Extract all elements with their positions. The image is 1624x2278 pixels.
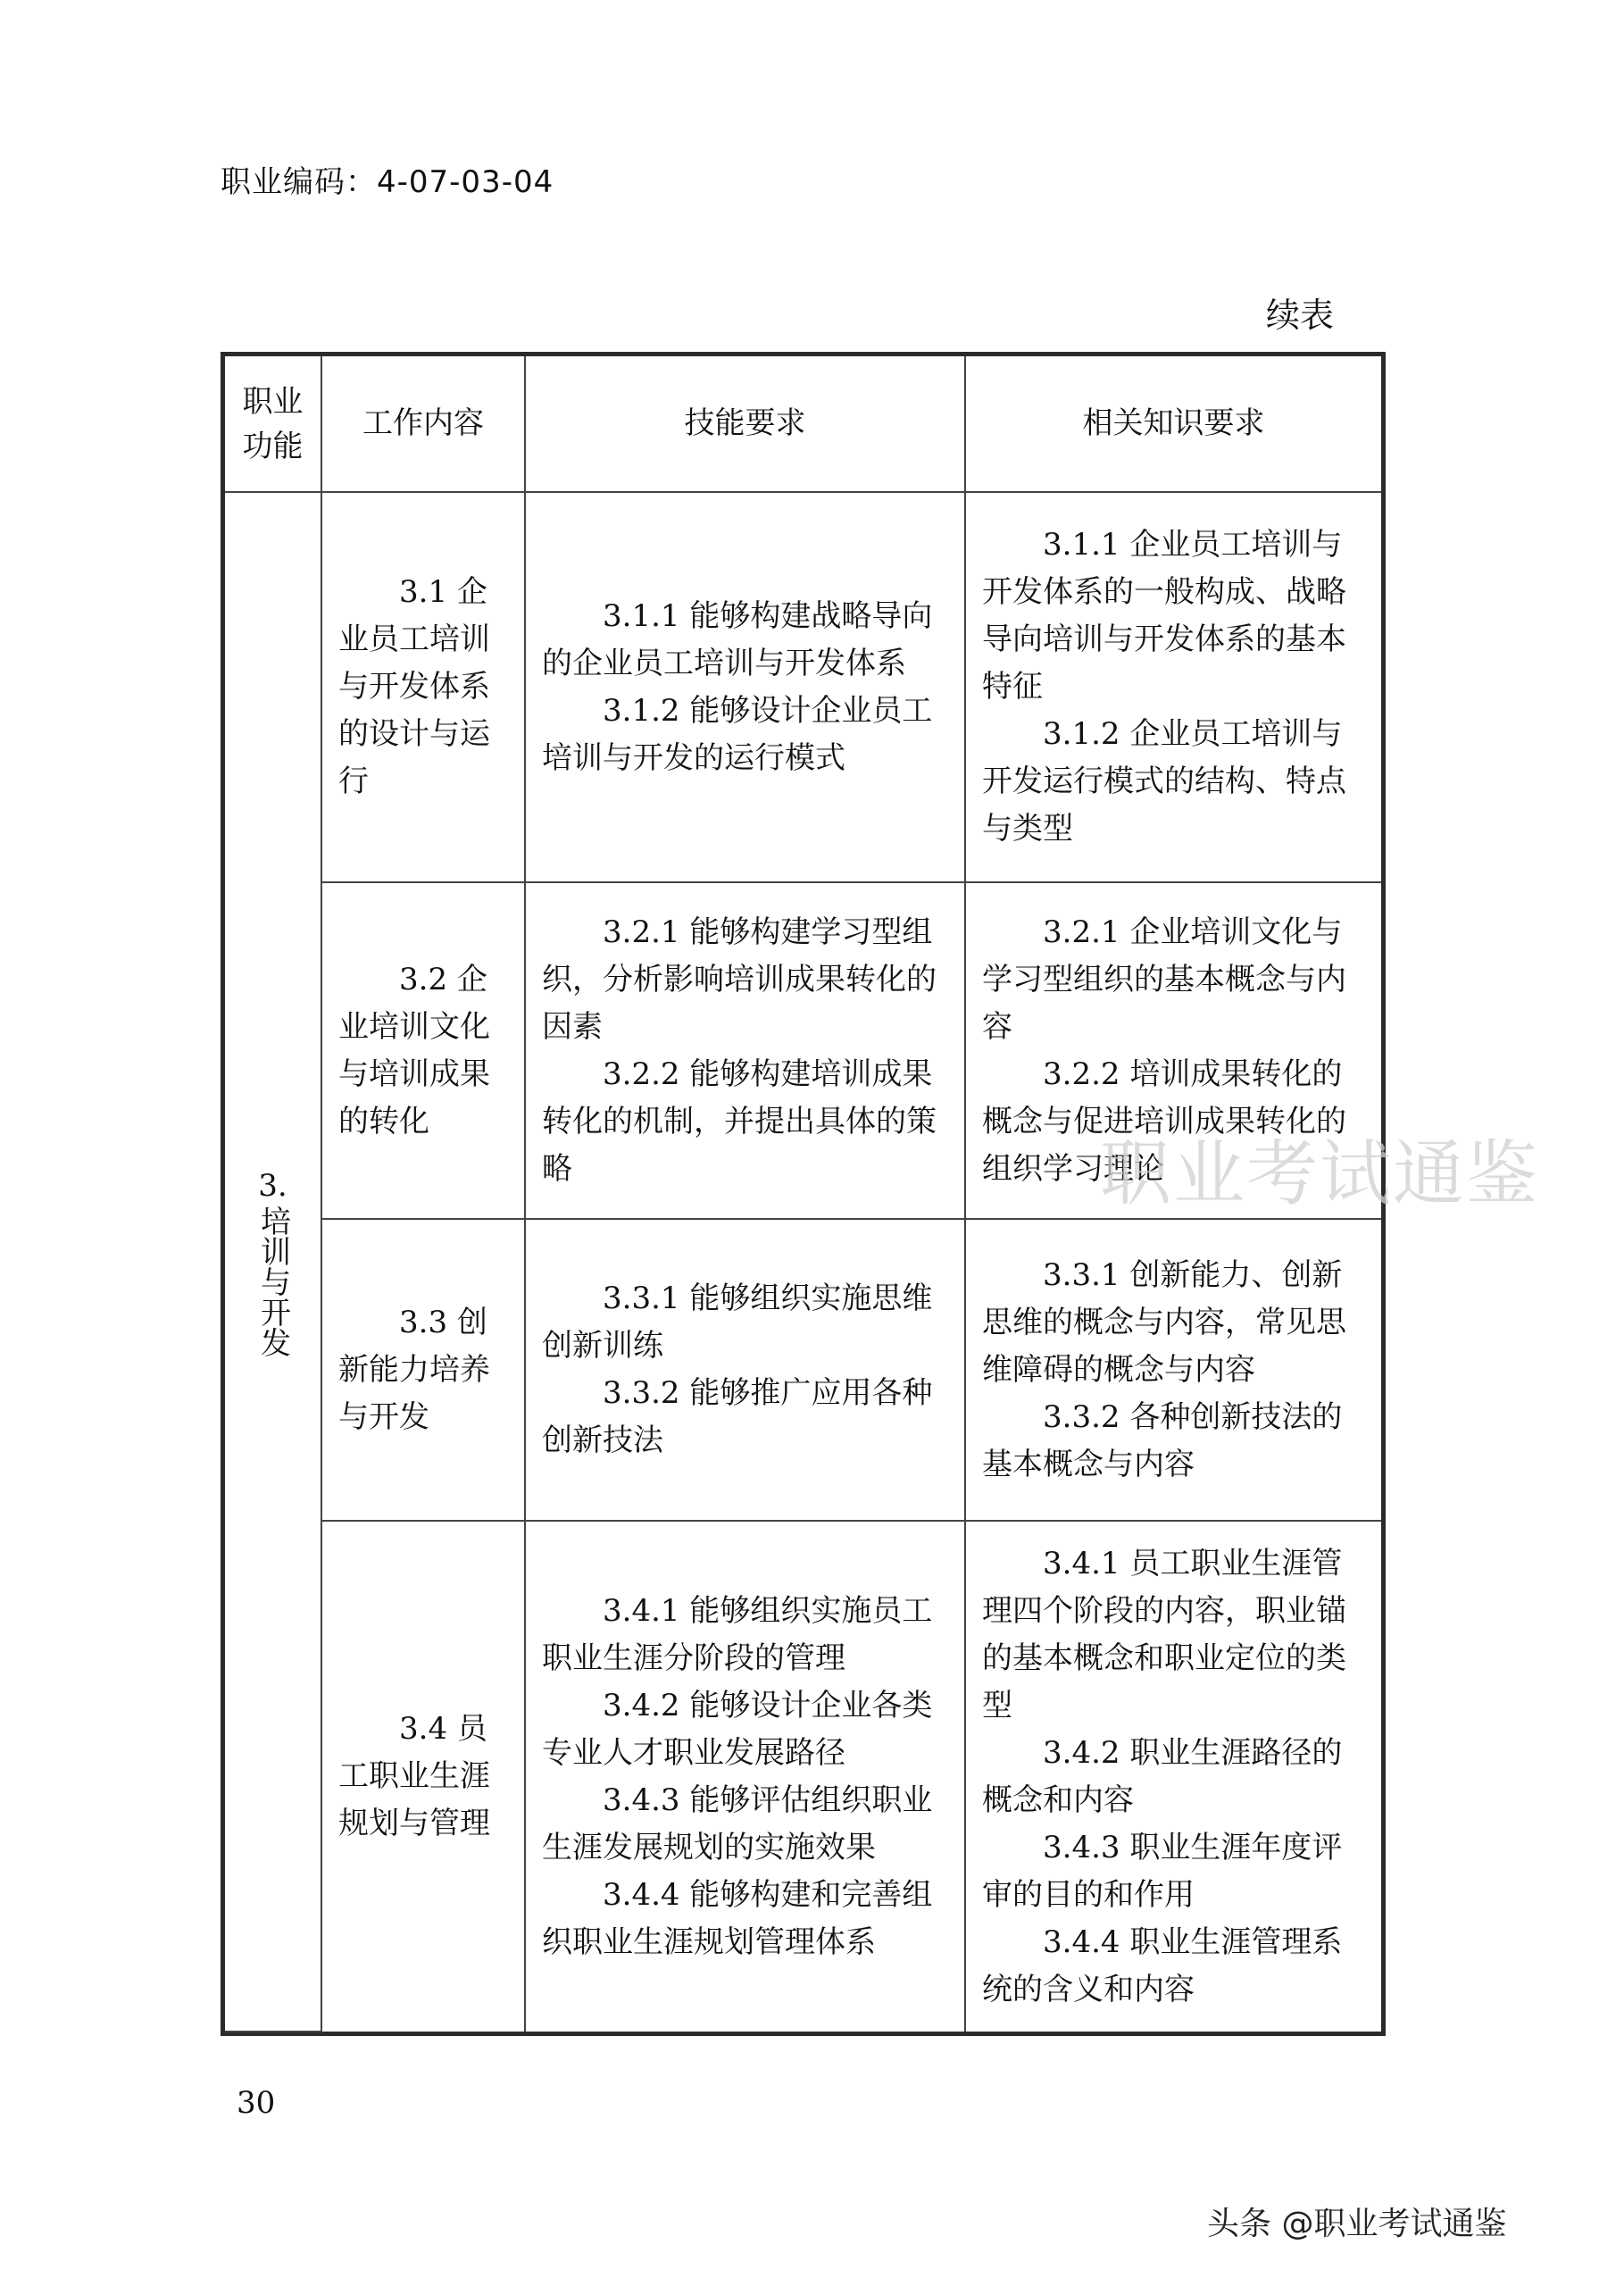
skill-item: 3.3.1 能够组织实施思维创新训练 [542, 1275, 948, 1370]
skill-item: 3.4.1 能够组织实施员工职业生涯分阶段的管理 [542, 1588, 948, 1682]
continued-table-label: 续表 [1266, 288, 1334, 337]
knowledge-item: 3.4.4 职业生涯管理系统的含义和内容 [982, 1919, 1365, 2014]
source-credit: 头条 @职业考试通鉴 [1207, 2199, 1506, 2244]
table-row: 3.4 员工职业生涯规划与管理 3.4.1 能够组织实施员工职业生涯分阶段的管理… [225, 1521, 1381, 2032]
col-header-knowledge: 相关知识要求 [965, 356, 1381, 492]
skill-item: 3.1.2 能够设计企业员工培训与开发的运行模式 [542, 688, 948, 782]
col-header-function-line1: 职业 [243, 384, 304, 420]
function-number: 3. [230, 1166, 315, 1206]
work-content-cell: 3.2 企业培训文化与培训成果的转化 [321, 882, 525, 1219]
skill-item: 3.4.2 能够设计企业各类专业人才职业发展路径 [542, 1682, 948, 1777]
skill-item: 3.4.4 能够构建和完善组织职业生涯规划管理体系 [542, 1872, 948, 1966]
knowledge-cell: 3.3.1 创新能力、创新思维的概念与内容，常见思维障碍的概念与内容 3.3.2… [965, 1219, 1381, 1521]
knowledge-cell: 3.4.1 员工职业生涯管理四个阶段的内容，职业锚的基本概念和职业定位的类型 3… [965, 1521, 1381, 2032]
work-content-cell: 3.4 员工职业生涯规划与管理 [321, 1521, 525, 2032]
col-header-work: 工作内容 [321, 356, 525, 492]
skill-item: 3.1.1 能够构建战略导向的企业员工培训与开发体系 [542, 593, 948, 688]
work-content: 3.3 创新能力培养与开发 [338, 1299, 508, 1441]
skill-item: 3.2.2 能够构建培训成果转化的机制，并提出具体的策略 [542, 1051, 948, 1193]
skill-cell: 3.3.1 能够组织实施思维创新训练 3.3.2 能够推广应用各种创新技法 [525, 1219, 965, 1521]
col-header-function-line2: 功能 [243, 429, 304, 464]
col-header-skill: 技能要求 [525, 356, 965, 492]
knowledge-item: 3.2.1 企业培训文化与学习型组织的基本概念与内容 [982, 909, 1365, 1051]
skill-item: 3.2.1 能够构建学习型组织，分析影响培训成果转化的因素 [542, 909, 948, 1051]
skill-item: 3.3.2 能够推广应用各种创新技法 [542, 1370, 948, 1464]
work-content: 3.4 员工职业生涯规划与管理 [338, 1706, 508, 1848]
work-content-cell: 3.3 创新能力培养与开发 [321, 1219, 525, 1521]
skill-cell: 3.2.1 能够构建学习型组织，分析影响培训成果转化的因素 3.2.2 能够构建… [525, 882, 965, 1219]
function-cell: 3. 培训与开发 [225, 492, 321, 2032]
knowledge-item: 3.2.2 培训成果转化的概念与促进培训成果转化的组织学习理论 [982, 1051, 1365, 1193]
table-header-row: 职业 功能 工作内容 技能要求 相关知识要求 [225, 356, 1381, 492]
work-content: 3.2 企业培训文化与培训成果的转化 [338, 956, 508, 1146]
work-content: 3.1 企业员工培训与开发体系的设计与运行 [338, 569, 508, 805]
col-header-function: 职业 功能 [225, 356, 321, 492]
skill-cell: 3.4.1 能够组织实施员工职业生涯分阶段的管理 3.4.2 能够设计企业各类专… [525, 1521, 965, 2032]
page-number: 30 [237, 2085, 275, 2121]
knowledge-item: 3.4.3 职业生涯年度评审的目的和作用 [982, 1824, 1365, 1919]
occupation-code: 职业编码：4-07-03-04 [221, 157, 554, 201]
knowledge-cell: 3.1.1 企业员工培训与开发体系的一般构成、战略导向培训与开发体系的基本特征 … [965, 492, 1381, 882]
skill-item: 3.4.3 能够评估组织职业生涯发展规划的实施效果 [542, 1777, 948, 1872]
skills-table: 职业 功能 工作内容 技能要求 相关知识要求 3. 培训与开发 3.1 企业员工… [221, 352, 1386, 2036]
work-content-cell: 3.1 企业员工培训与开发体系的设计与运行 [321, 492, 525, 882]
knowledge-item: 3.4.1 员工职业生涯管理四个阶段的内容，职业锚的基本概念和职业定位的类型 [982, 1540, 1365, 1730]
function-name: 培训与开发 [255, 1206, 291, 1357]
knowledge-item: 3.1.2 企业员工培训与开发运行模式的结构、特点与类型 [982, 711, 1365, 853]
knowledge-item: 3.1.1 企业员工培训与开发体系的一般构成、战略导向培训与开发体系的基本特征 [982, 522, 1365, 711]
knowledge-item: 3.3.1 创新能力、创新思维的概念与内容，常见思维障碍的概念与内容 [982, 1252, 1365, 1394]
knowledge-item: 3.4.2 职业生涯路径的概念和内容 [982, 1730, 1365, 1824]
knowledge-item: 3.3.2 各种创新技法的基本概念与内容 [982, 1394, 1365, 1489]
table-row: 3.3 创新能力培养与开发 3.3.1 能够组织实施思维创新训练 3.3.2 能… [225, 1219, 1381, 1521]
table-row: 3. 培训与开发 3.1 企业员工培训与开发体系的设计与运行 3.1.1 能够构… [225, 492, 1381, 882]
skill-cell: 3.1.1 能够构建战略导向的企业员工培训与开发体系 3.1.2 能够设计企业员… [525, 492, 965, 882]
knowledge-cell: 3.2.1 企业培训文化与学习型组织的基本概念与内容 3.2.2 培训成果转化的… [965, 882, 1381, 1219]
table-row: 3.2 企业培训文化与培训成果的转化 3.2.1 能够构建学习型组织，分析影响培… [225, 882, 1381, 1219]
